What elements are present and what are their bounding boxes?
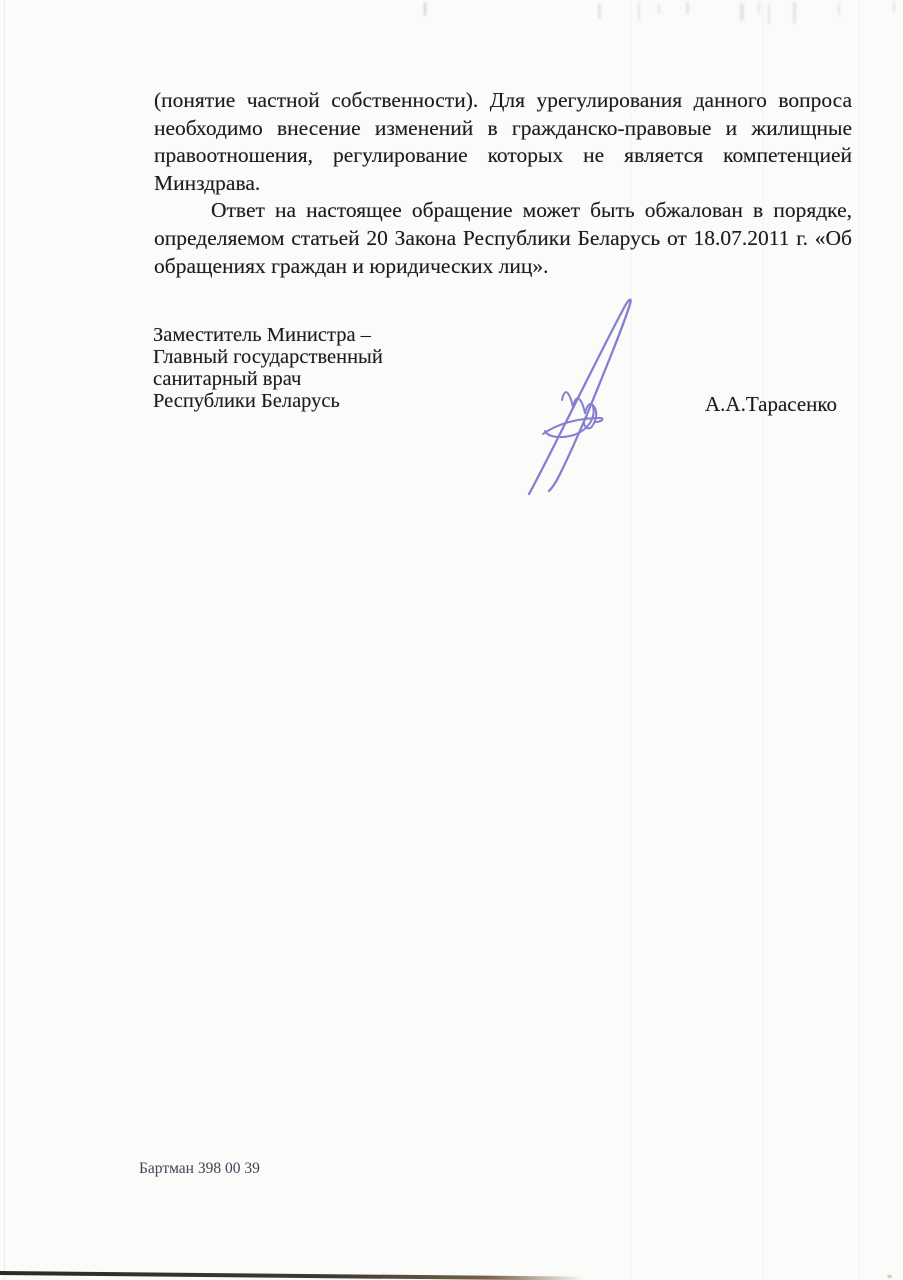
letter-body: (понятие частной собственности). Для уре… <box>154 87 852 280</box>
signatory-name: А.А.Тарасенко <box>705 392 837 416</box>
scan-artifact <box>838 3 840 15</box>
scanned-letter-page: (понятие частной собственности). Для уре… <box>0 0 903 1280</box>
scan-artifact <box>740 3 744 21</box>
handwritten-signature <box>498 288 648 503</box>
paper-edge-shadow <box>0 1271 609 1280</box>
scan-artifact <box>424 2 426 16</box>
fold-line <box>858 0 860 1280</box>
signatory-title-line: Республики Беларусь <box>153 391 383 413</box>
scan-edge-line <box>4 0 5 1280</box>
signatory-title-line: Заместитель Министра – <box>153 325 383 347</box>
scan-artifact <box>598 3 601 19</box>
signatory-title-line: санитарный врач <box>153 369 383 391</box>
scan-artifact <box>793 2 796 24</box>
signatory-title: Заместитель Министра – Главный государст… <box>153 325 383 413</box>
scan-artifact <box>768 4 770 24</box>
scan-artifact <box>638 2 640 20</box>
scan-artifact <box>893 2 895 12</box>
scan-artifact <box>758 2 760 14</box>
executor-contact: Бартман 398 00 39 <box>139 1160 260 1178</box>
body-paragraph: (понятие частной собственности). Для уре… <box>154 87 852 197</box>
body-paragraph: Ответ на настоящее обращение может быть … <box>154 197 852 280</box>
scan-artifact <box>686 2 689 14</box>
scan-artifact <box>887 1275 892 1278</box>
scan-artifact <box>658 4 660 14</box>
signature-ink-strokes <box>498 288 648 503</box>
signatory-title-line: Главный государственный <box>153 347 383 369</box>
